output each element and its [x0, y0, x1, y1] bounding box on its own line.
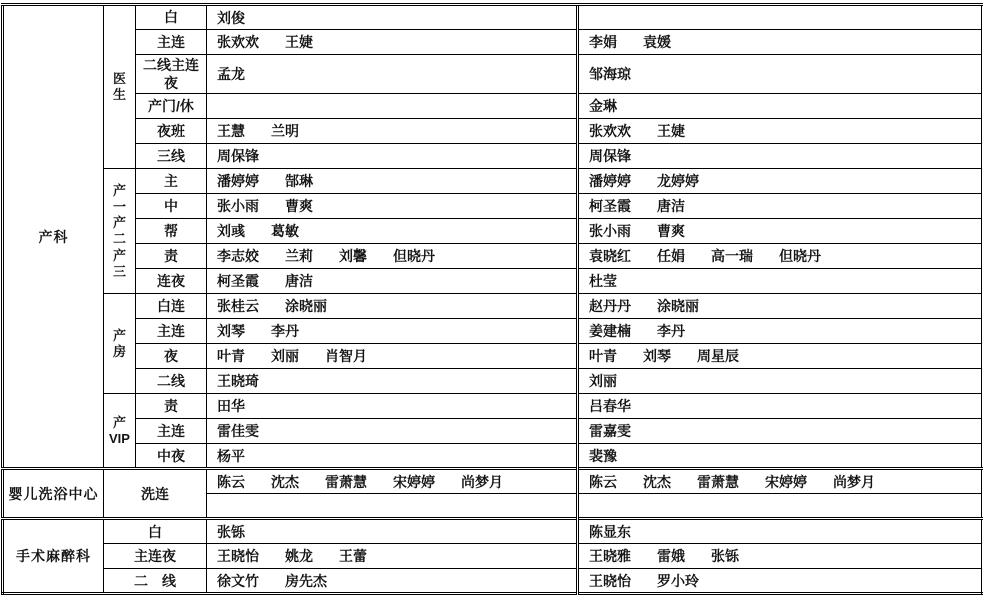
staff-name: 刘彧: [217, 221, 245, 241]
names-cell-day1: 田华: [207, 394, 578, 419]
group-cell: 产 一 产 二 产 三: [104, 169, 136, 294]
names-cell-day1: 刘彧葛敏: [207, 219, 578, 244]
staff-name: 徐文竹: [217, 571, 259, 591]
group-cell: 产 房: [104, 294, 136, 394]
staff-name: 刘俊: [217, 8, 245, 28]
staff-name: 金琳: [589, 96, 617, 116]
names-cell-day1: 张桂云涂晓丽: [207, 294, 578, 319]
staff-name: 裴豫: [589, 446, 617, 466]
shift-cell: 二 线: [104, 569, 207, 594]
names-cell-day2: 吕春华: [578, 394, 983, 419]
staff-name: 罗小玲: [657, 571, 699, 591]
shift-cell: 中: [136, 194, 207, 219]
names-cell-day1: [207, 494, 578, 519]
names-cell-day2: 陈云沈杰雷萧慧宋婷婷尚梦月: [578, 469, 983, 494]
staff-name: 雷萧慧: [697, 472, 739, 492]
shift-cell: 连夜: [136, 269, 207, 294]
roster-sheet: 产科医 生白刘俊主连张欢欢王婕李娟袁媛二线主连 夜孟龙邹海琼产门/休金琳夜班王慧…: [0, 0, 983, 616]
group-cell: 产 VIP: [104, 394, 136, 469]
shift-cell: 三线: [136, 144, 207, 169]
staff-name: 陈显东: [589, 522, 631, 542]
staff-name: 宋婷婷: [765, 472, 807, 492]
names-cell-day2: 金琳: [578, 94, 983, 119]
shift-cell: 白连: [136, 294, 207, 319]
staff-name: 刘丽: [589, 371, 617, 391]
names-cell-day1: 刘琴李丹: [207, 319, 578, 344]
roster-row: 婴儿洗浴中心洗连陈云沈杰雷萧慧宋婷婷尚梦月陈云沈杰雷萧慧宋婷婷尚梦月: [3, 469, 983, 494]
shift-cell: 二线: [136, 369, 207, 394]
names-cell-day1: 张欢欢王婕: [207, 30, 578, 55]
staff-name: 沈杰: [643, 472, 671, 492]
staff-name: 王晓怡: [217, 546, 259, 566]
roster-row: 中夜杨平裴豫: [3, 444, 983, 469]
shift-cell: 帮: [136, 219, 207, 244]
names-cell-day2: 刘丽: [578, 369, 983, 394]
staff-name: 张铄: [217, 522, 245, 542]
staff-name: 潘婷婷: [589, 171, 631, 191]
names-cell-day2: 周保锋: [578, 144, 983, 169]
staff-name: 王慧: [217, 121, 245, 141]
shift-cell: 主连: [136, 319, 207, 344]
staff-name: 唐洁: [285, 271, 313, 291]
names-cell-day1: [207, 94, 578, 119]
staff-name: 田华: [217, 396, 245, 416]
staff-name: 王婕: [657, 121, 685, 141]
staff-name: 周保锋: [589, 146, 631, 166]
roster-row: 中张小雨曹爽柯圣霞唐洁: [3, 194, 983, 219]
shift-cell: 责: [136, 244, 207, 269]
names-cell-day2: 叶青刘琴周星辰: [578, 344, 983, 369]
staff-name: 孟龙: [217, 64, 245, 84]
staff-name: 邹海琼: [589, 64, 631, 84]
shift-cell: 中夜: [136, 444, 207, 469]
names-cell-day2: 王晓怡罗小玲: [578, 569, 983, 594]
staff-name: 柯圣霞: [217, 271, 259, 291]
staff-name: 任娟: [657, 246, 685, 266]
staff-name: 陈云: [589, 472, 617, 492]
staff-name: 葛敏: [271, 221, 299, 241]
staff-name: 雷娥: [657, 546, 685, 566]
names-cell-day2: 张欢欢王婕: [578, 119, 983, 144]
names-cell-day2: [578, 494, 983, 519]
staff-name: 吕春华: [589, 396, 631, 416]
shift-cell: 主连夜: [104, 544, 207, 569]
names-cell-day2: [578, 5, 983, 30]
names-cell-day2: 袁晓红任娟高一瑞但晓丹: [578, 244, 983, 269]
names-cell-day2: 张小雨曹爽: [578, 219, 983, 244]
roster-row: 夜叶青刘丽肖智月叶青刘琴周星辰: [3, 344, 983, 369]
shift-cell: 产门/休: [136, 94, 207, 119]
roster-row: 产 一 产 二 产 三主潘婷婷郜琳潘婷婷龙婷婷: [3, 169, 983, 194]
names-cell-day1: 陈云沈杰雷萧慧宋婷婷尚梦月: [207, 469, 578, 494]
department-cell: 婴儿洗浴中心: [3, 469, 104, 519]
staff-name: 张铄: [711, 546, 739, 566]
staff-name: 但晓丹: [779, 246, 821, 266]
staff-name: 宋婷婷: [393, 472, 435, 492]
staff-name: 涂晓丽: [285, 296, 327, 316]
staff-name: 李娟: [589, 32, 617, 52]
staff-name: 杨平: [217, 446, 245, 466]
shift-cell: 责: [136, 394, 207, 419]
staff-name: 雷嘉雯: [589, 421, 631, 441]
staff-name: 张小雨: [589, 221, 631, 241]
shift-cell: 主连: [136, 30, 207, 55]
names-cell-day1: 孟龙: [207, 55, 578, 94]
staff-name: 刘馨: [339, 246, 367, 266]
staff-name: 王晓怡: [589, 571, 631, 591]
department-cell: 手术麻醉科: [3, 519, 104, 594]
staff-name: 曹爽: [285, 196, 313, 216]
shift-cell: 主: [136, 169, 207, 194]
names-cell-day1: 叶青刘丽肖智月: [207, 344, 578, 369]
names-cell-day2: 雷嘉雯: [578, 419, 983, 444]
staff-name: 李丹: [657, 321, 685, 341]
names-cell-day1: 徐文竹房先杰: [207, 569, 578, 594]
shift-cell: 二线主连 夜: [136, 55, 207, 94]
staff-name: 唐洁: [657, 196, 685, 216]
roster-row: 产 房白连张桂云涂晓丽赵丹丹涂晓丽: [3, 294, 983, 319]
names-cell-day1: 王晓琦: [207, 369, 578, 394]
staff-name: 姚龙: [285, 546, 313, 566]
roster-row: 帮刘彧葛敏张小雨曹爽: [3, 219, 983, 244]
staff-name: 刘丽: [271, 346, 299, 366]
names-cell-day2: 柯圣霞唐洁: [578, 194, 983, 219]
staff-name: 王蕾: [339, 546, 367, 566]
names-cell-day1: 柯圣霞唐洁: [207, 269, 578, 294]
staff-name: 周保锋: [217, 146, 259, 166]
staff-name: 周星辰: [697, 346, 739, 366]
staff-name: 曹爽: [657, 221, 685, 241]
staff-name: 刘琴: [217, 321, 245, 341]
names-cell-day2: 李娟袁媛: [578, 30, 983, 55]
staff-name: 杜莹: [589, 271, 617, 291]
staff-name: 李丹: [271, 321, 299, 341]
staff-name: 肖智月: [325, 346, 367, 366]
roster-row: 手术麻醉科白张铄陈显东: [3, 519, 983, 544]
names-cell-day2: 赵丹丹涂晓丽: [578, 294, 983, 319]
names-cell-day2: 王晓雅雷娥张铄: [578, 544, 983, 569]
names-cell-day1: 刘俊: [207, 5, 578, 30]
staff-name: 李志姣: [217, 246, 259, 266]
names-cell-day1: 张小雨曹爽: [207, 194, 578, 219]
staff-name: 但晓丹: [393, 246, 435, 266]
staff-name: 刘琴: [643, 346, 671, 366]
names-cell-day1: 雷佳雯: [207, 419, 578, 444]
staff-name: 尚梦月: [461, 472, 503, 492]
names-cell-day1: 王慧兰明: [207, 119, 578, 144]
staff-name: 叶青: [217, 346, 245, 366]
staff-name: 张欢欢: [217, 32, 259, 52]
names-cell-day2: 邹海琼: [578, 55, 983, 94]
staff-name: 叶青: [589, 346, 617, 366]
staff-name: 陈云: [217, 472, 245, 492]
staff-name: 房先杰: [285, 571, 327, 591]
staff-name: 龙婷婷: [657, 171, 699, 191]
names-cell-day2: 陈显东: [578, 519, 983, 544]
names-cell-day1: 张铄: [207, 519, 578, 544]
group-cell: 医 生: [104, 5, 136, 169]
names-cell-day2: 杜莹: [578, 269, 983, 294]
names-cell-day2: 裴豫: [578, 444, 983, 469]
staff-name: 王晓雅: [589, 546, 631, 566]
names-cell-day1: 周保锋: [207, 144, 578, 169]
roster-row: 夜班王慧兰明张欢欢王婕: [3, 119, 983, 144]
department-cell: 产科: [3, 5, 104, 469]
staff-name: 柯圣霞: [589, 196, 631, 216]
staff-name: 姜建楠: [589, 321, 631, 341]
staff-name: 兰明: [271, 121, 299, 141]
roster-body: 产科医 生白刘俊主连张欢欢王婕李娟袁媛二线主连 夜孟龙邹海琼产门/休金琳夜班王慧…: [3, 5, 983, 594]
staff-name: 尚梦月: [833, 472, 875, 492]
staff-name: 张桂云: [217, 296, 259, 316]
roster-row: 主连雷佳雯雷嘉雯: [3, 419, 983, 444]
shift-cell: 夜班: [136, 119, 207, 144]
group-cell: 洗连: [104, 469, 207, 519]
names-cell-day1: 王晓怡姚龙王蕾: [207, 544, 578, 569]
roster-row: 主连刘琴李丹姜建楠李丹: [3, 319, 983, 344]
staff-name: 涂晓丽: [657, 296, 699, 316]
staff-name: 高一瑞: [711, 246, 753, 266]
roster-row: 二 线徐文竹房先杰王晓怡罗小玲: [3, 569, 983, 594]
shift-cell: 白: [104, 519, 207, 544]
names-cell-day2: 潘婷婷龙婷婷: [578, 169, 983, 194]
shift-cell: 主连: [136, 419, 207, 444]
staff-name: 王晓琦: [217, 371, 259, 391]
roster-row: 二线王晓琦刘丽: [3, 369, 983, 394]
roster-row: 主连张欢欢王婕李娟袁媛: [3, 30, 983, 55]
staff-name: 赵丹丹: [589, 296, 631, 316]
staff-name: 袁媛: [643, 32, 671, 52]
staff-name: 张欢欢: [589, 121, 631, 141]
staff-name: 雷佳雯: [217, 421, 259, 441]
roster-row: 连夜柯圣霞唐洁杜莹: [3, 269, 983, 294]
shift-cell: 白: [136, 5, 207, 30]
names-cell-day1: 杨平: [207, 444, 578, 469]
staff-name: 郜琳: [285, 171, 313, 191]
staff-name: 袁晓红: [589, 246, 631, 266]
roster-row: 产门/休金琳: [3, 94, 983, 119]
staff-name: 王婕: [285, 32, 313, 52]
roster-row: 责李志姣兰莉刘馨但晓丹袁晓红任娟高一瑞但晓丹: [3, 244, 983, 269]
roster-row: 产 VIP责田华吕春华: [3, 394, 983, 419]
staff-name: 兰莉: [285, 246, 313, 266]
roster-row: 三线周保锋周保锋: [3, 144, 983, 169]
names-cell-day2: 姜建楠李丹: [578, 319, 983, 344]
staff-name: 沈杰: [271, 472, 299, 492]
shift-cell: 夜: [136, 344, 207, 369]
names-cell-day1: 李志姣兰莉刘馨但晓丹: [207, 244, 578, 269]
staff-name: 张小雨: [217, 196, 259, 216]
roster-row: 二线主连 夜孟龙邹海琼: [3, 55, 983, 94]
duty-roster-table: 产科医 生白刘俊主连张欢欢王婕李娟袁媛二线主连 夜孟龙邹海琼产门/休金琳夜班王慧…: [1, 3, 983, 595]
roster-row: 主连夜王晓怡姚龙王蕾王晓雅雷娥张铄: [3, 544, 983, 569]
staff-name: 潘婷婷: [217, 171, 259, 191]
staff-name: 雷萧慧: [325, 472, 367, 492]
names-cell-day1: 潘婷婷郜琳: [207, 169, 578, 194]
roster-row: 产科医 生白刘俊: [3, 5, 983, 30]
